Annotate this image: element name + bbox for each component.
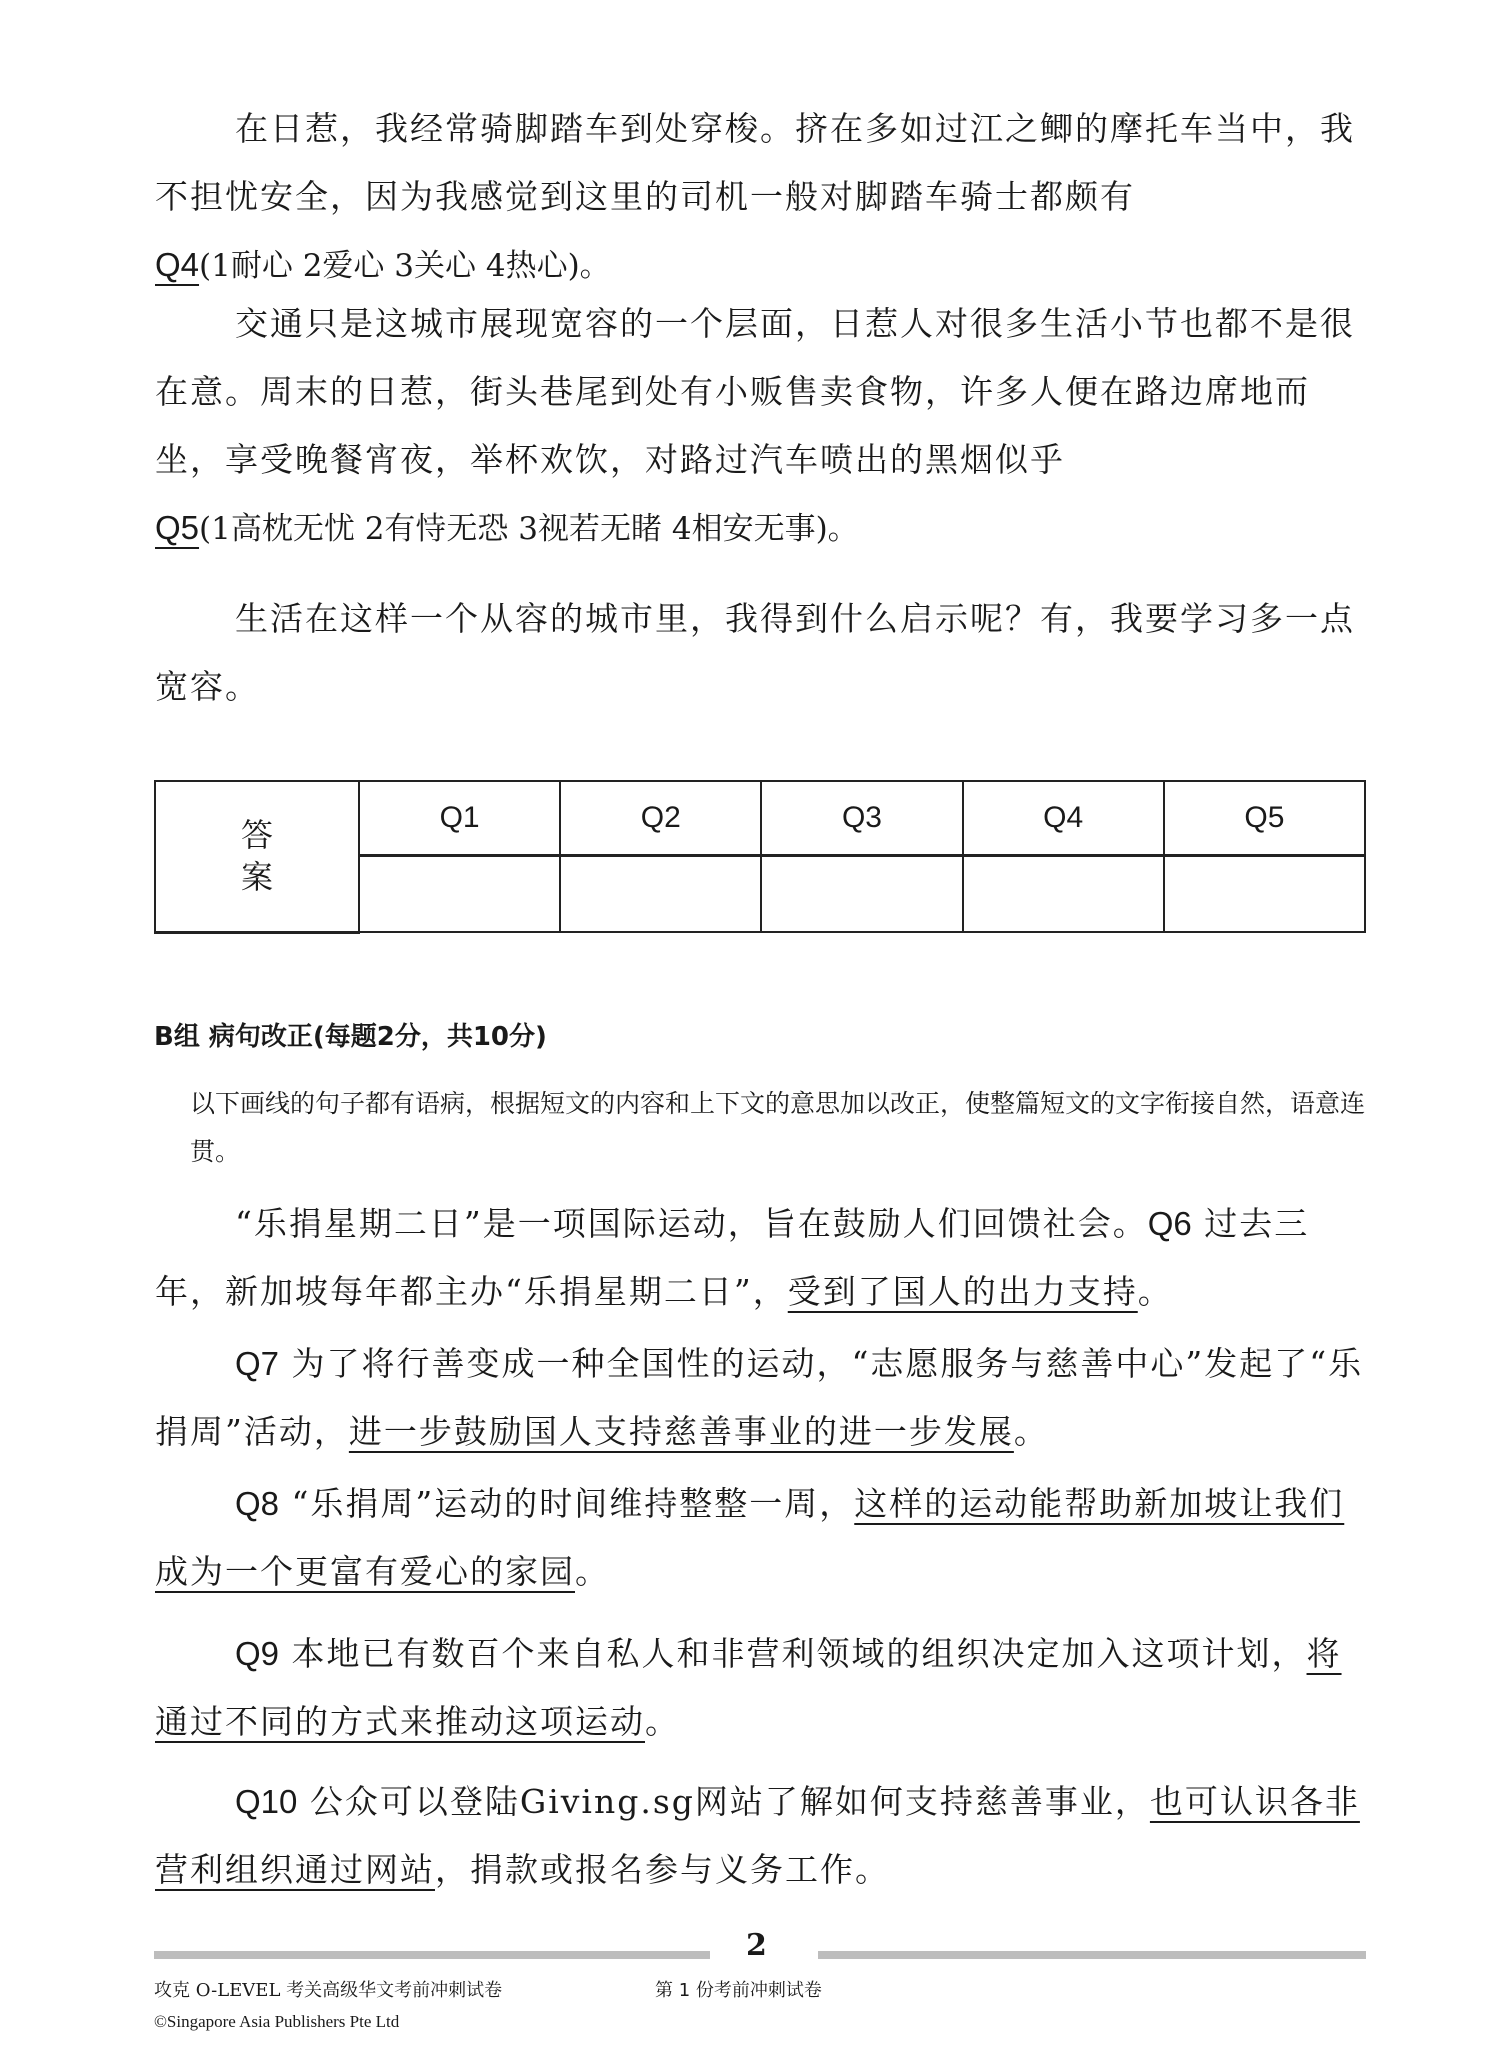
answer-table: 答 案 Q1 Q2 Q3 Q4 Q5 (154, 780, 1366, 934)
page-number: 2 (746, 1928, 767, 1963)
passage-paragraph-2: 交通只是这城市展现宽容的一个层面，日惹人对很多生活小节也都不是很在意。周末的日惹… (155, 290, 1365, 563)
answer-cell-q3[interactable] (761, 856, 962, 933)
answer-cell-q2[interactable] (560, 856, 761, 933)
answer-table-header-row: 答 案 Q1 Q2 Q3 Q4 Q5 (155, 781, 1365, 856)
answer-row-label: 答 案 (155, 781, 359, 932)
footer-copyright: ©Singapore Asia Publishers Pte Ltd (154, 2012, 399, 2032)
paragraph-text: 交通只是这城市展现宽容的一个层面，日惹人对很多生活小节也都不是很在意。周末的日惹… (155, 304, 1355, 479)
question-blank-q5: Q5 (155, 509, 199, 546)
q7-after: 。 (1014, 1412, 1049, 1451)
section-b-title: B组 病句改正(每题2分，共10分) (154, 1016, 547, 1053)
footer-book-title: 攻克 O-LEVEL 考关高级华文考前冲刺试卷 (154, 1976, 502, 2002)
footer-paper-title: 第 1 份考前冲刺试卷 (655, 1976, 822, 2002)
q6-after: 。 (1138, 1272, 1173, 1311)
q8-label: Q8 (235, 1485, 279, 1522)
question-blank-q4: Q4 (155, 246, 199, 283)
question-q9: Q9 本地已有数百个来自私人和非营利领域的组织决定加入这项计划，将通过不同的方式… (155, 1620, 1365, 1756)
q6-underlined-sentence: 受到了国人的出力支持 (788, 1272, 1138, 1311)
q7-label: Q7 (235, 1345, 279, 1382)
q9-label: Q9 (235, 1635, 279, 1672)
q10-label: Q10 (235, 1783, 297, 1820)
question-q8: Q8 “乐捐周”运动的时间维持整整一周，这样的运动能帮助新加坡让我们成为一个更富… (155, 1470, 1365, 1606)
q9-after: 。 (645, 1702, 680, 1741)
answer-cell-q1[interactable] (359, 856, 560, 933)
section-b-instruction: 以下画线的句子都有语病，根据短文的内容和上下文的意思加以改正，使整篇短文的文字衔… (190, 1080, 1370, 1176)
q6-lead-text: “乐捐星期二日”是一项国际运动，旨在鼓励人们回馈社会。 (235, 1204, 1148, 1243)
footer-divider-left (154, 1951, 710, 1959)
paragraph-text: 在日惹，我经常骑脚踏车到处穿梭。挤在多如过江之鲫的摩托车当中，我不担忧安全，因为… (155, 109, 1355, 216)
q7-underlined-sentence: 进一步鼓励国人支持慈善事业的进一步发展 (349, 1412, 1014, 1451)
column-header-q4: Q4 (963, 781, 1164, 856)
answer-cell-q5[interactable] (1164, 856, 1365, 933)
passage-paragraph-1: 在日惹，我经常骑脚踏车到处穿梭。挤在多如过江之鲫的摩托车当中，我不担忧安全，因为… (155, 95, 1365, 300)
question-options-q5: (1高枕无忧 2有恃无恐 3视若无睹 4相安无事)。 (199, 511, 859, 547)
question-q7: Q7 为了将行善变成一种全国性的运动，“志愿服务与慈善中心”发起了“乐捐周”活动… (155, 1330, 1365, 1466)
column-header-q2: Q2 (560, 781, 761, 856)
answer-label-char-2: 案 (241, 858, 273, 896)
paragraph-text: 生活在这样一个从容的城市里，我得到什么启示呢？有，我要学习多一点宽容。 (155, 599, 1355, 706)
answer-label-char-1: 答 (241, 816, 273, 854)
column-header-q1: Q1 (359, 781, 560, 856)
question-q10: Q10 公众可以登陆Giving.sg网站了解如何支持慈善事业，也可认识各非营利… (155, 1768, 1365, 1904)
q8-text: “乐捐周”运动的时间维持整整一周， (279, 1484, 854, 1523)
q10-text: 公众可以登陆Giving.sg网站了解如何支持慈善事业， (297, 1782, 1150, 1821)
q6-label: Q6 (1148, 1205, 1192, 1242)
footer-divider-right (818, 1951, 1366, 1959)
column-header-q5: Q5 (1164, 781, 1365, 856)
passage-paragraph-3: 生活在这样一个从容的城市里，我得到什么启示呢？有，我要学习多一点宽容。 (155, 585, 1365, 721)
answer-cell-q4[interactable] (963, 856, 1164, 933)
q8-after: 。 (575, 1552, 610, 1591)
question-q6: “乐捐星期二日”是一项国际运动，旨在鼓励人们回馈社会。Q6 过去三年，新加坡每年… (155, 1190, 1365, 1326)
column-header-q3: Q3 (761, 781, 962, 856)
q9-text: 本地已有数百个来自私人和非营利领域的组织决定加入这项计划， (279, 1634, 1307, 1673)
question-options-q4: (1耐心 2爱心 3关心 4热心)。 (199, 248, 611, 284)
q10-after: ，捐款或报名参与义务工作。 (435, 1850, 890, 1889)
